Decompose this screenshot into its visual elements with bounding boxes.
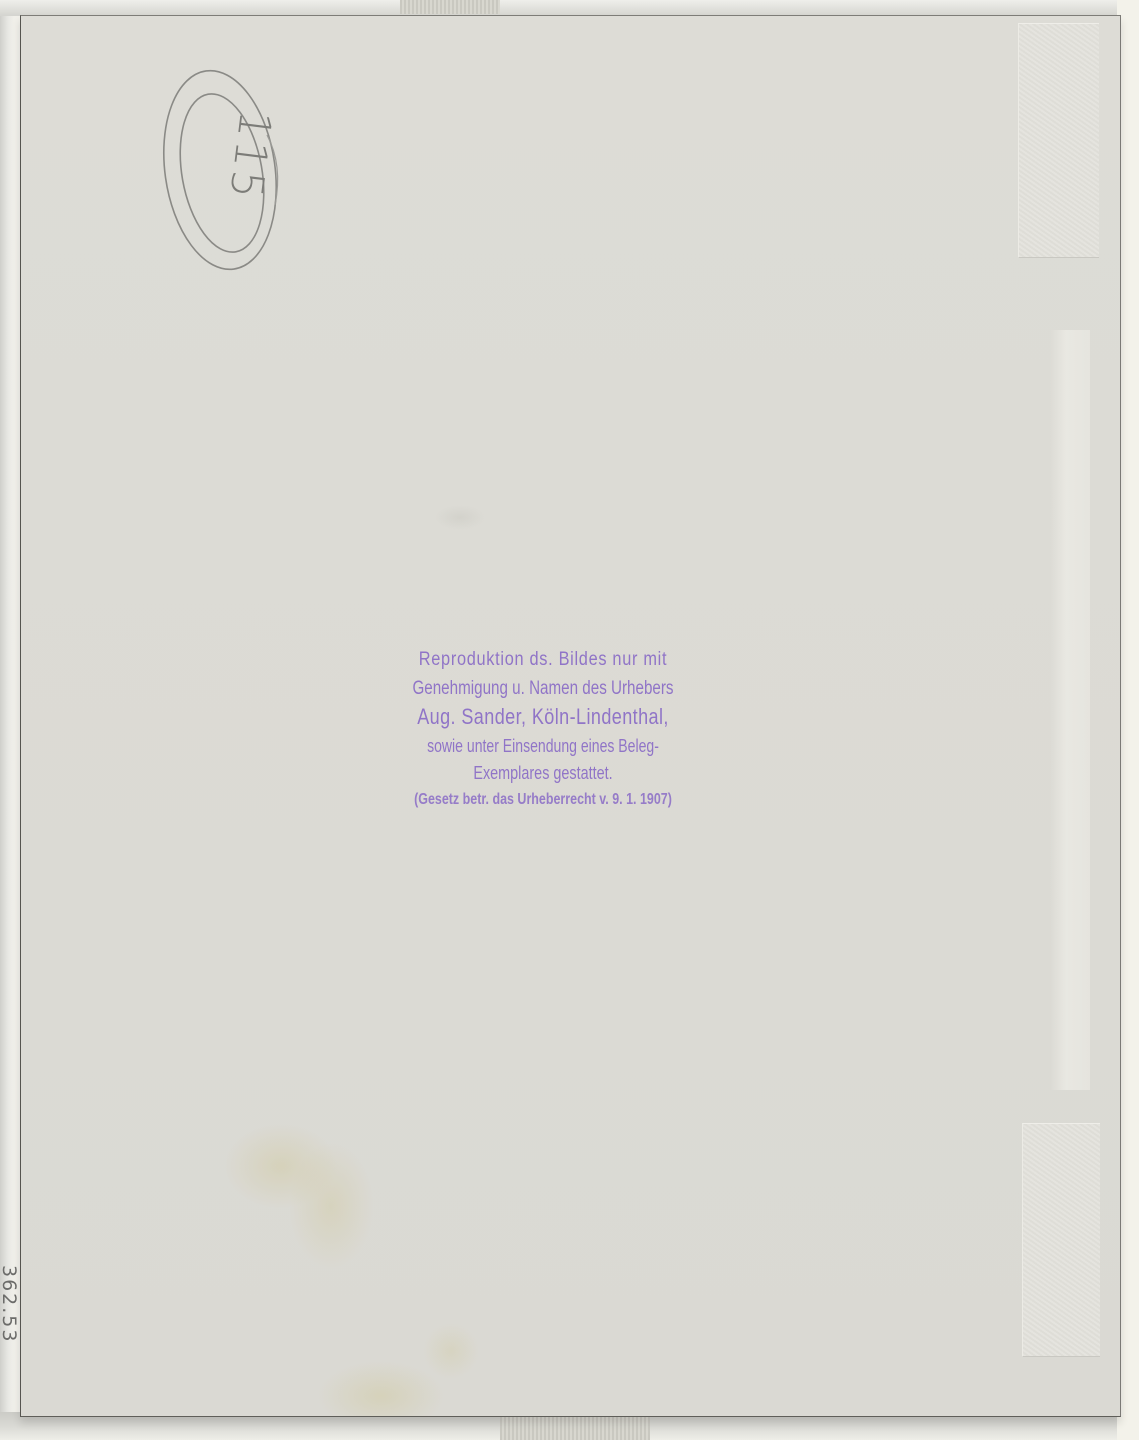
- tape-strip-bottom-right: [1022, 1123, 1100, 1357]
- mount-strap-top: [400, 0, 500, 14]
- stamp-line-3: Aug. Sander, Köln-Lindenthal,: [400, 706, 687, 728]
- stamp-line-6: (Gesetz betr. das Urheberrecht v. 9. 1. …: [407, 792, 680, 808]
- stamp-line-1: Reproduktion ds. Bildes nur mit: [393, 650, 694, 669]
- stamp-line-2: Genehmigung u. Namen des Urhebers: [403, 679, 683, 698]
- mount-strap-bottom: [500, 1416, 650, 1440]
- stamp-line-4: sowie unter Einsendung eines Beleg-: [407, 737, 680, 755]
- tape-strip-top-right: [1018, 23, 1099, 258]
- copyright-stamp: Reproduktion ds. Bildes nur mit Genehmig…: [368, 650, 718, 808]
- pencil-number-115: 115: [219, 108, 281, 204]
- accession-number: 362.53: [0, 1265, 20, 1343]
- circled-pencil-number: 115: [155, 55, 295, 275]
- scan-backdrop-top-edge: [0, 0, 1139, 16]
- stamp-line-5: Exemplares gestattet.: [403, 764, 683, 782]
- tape-residue-right-edge: [1050, 330, 1090, 1090]
- faint-pencil-smudge: [435, 505, 485, 530]
